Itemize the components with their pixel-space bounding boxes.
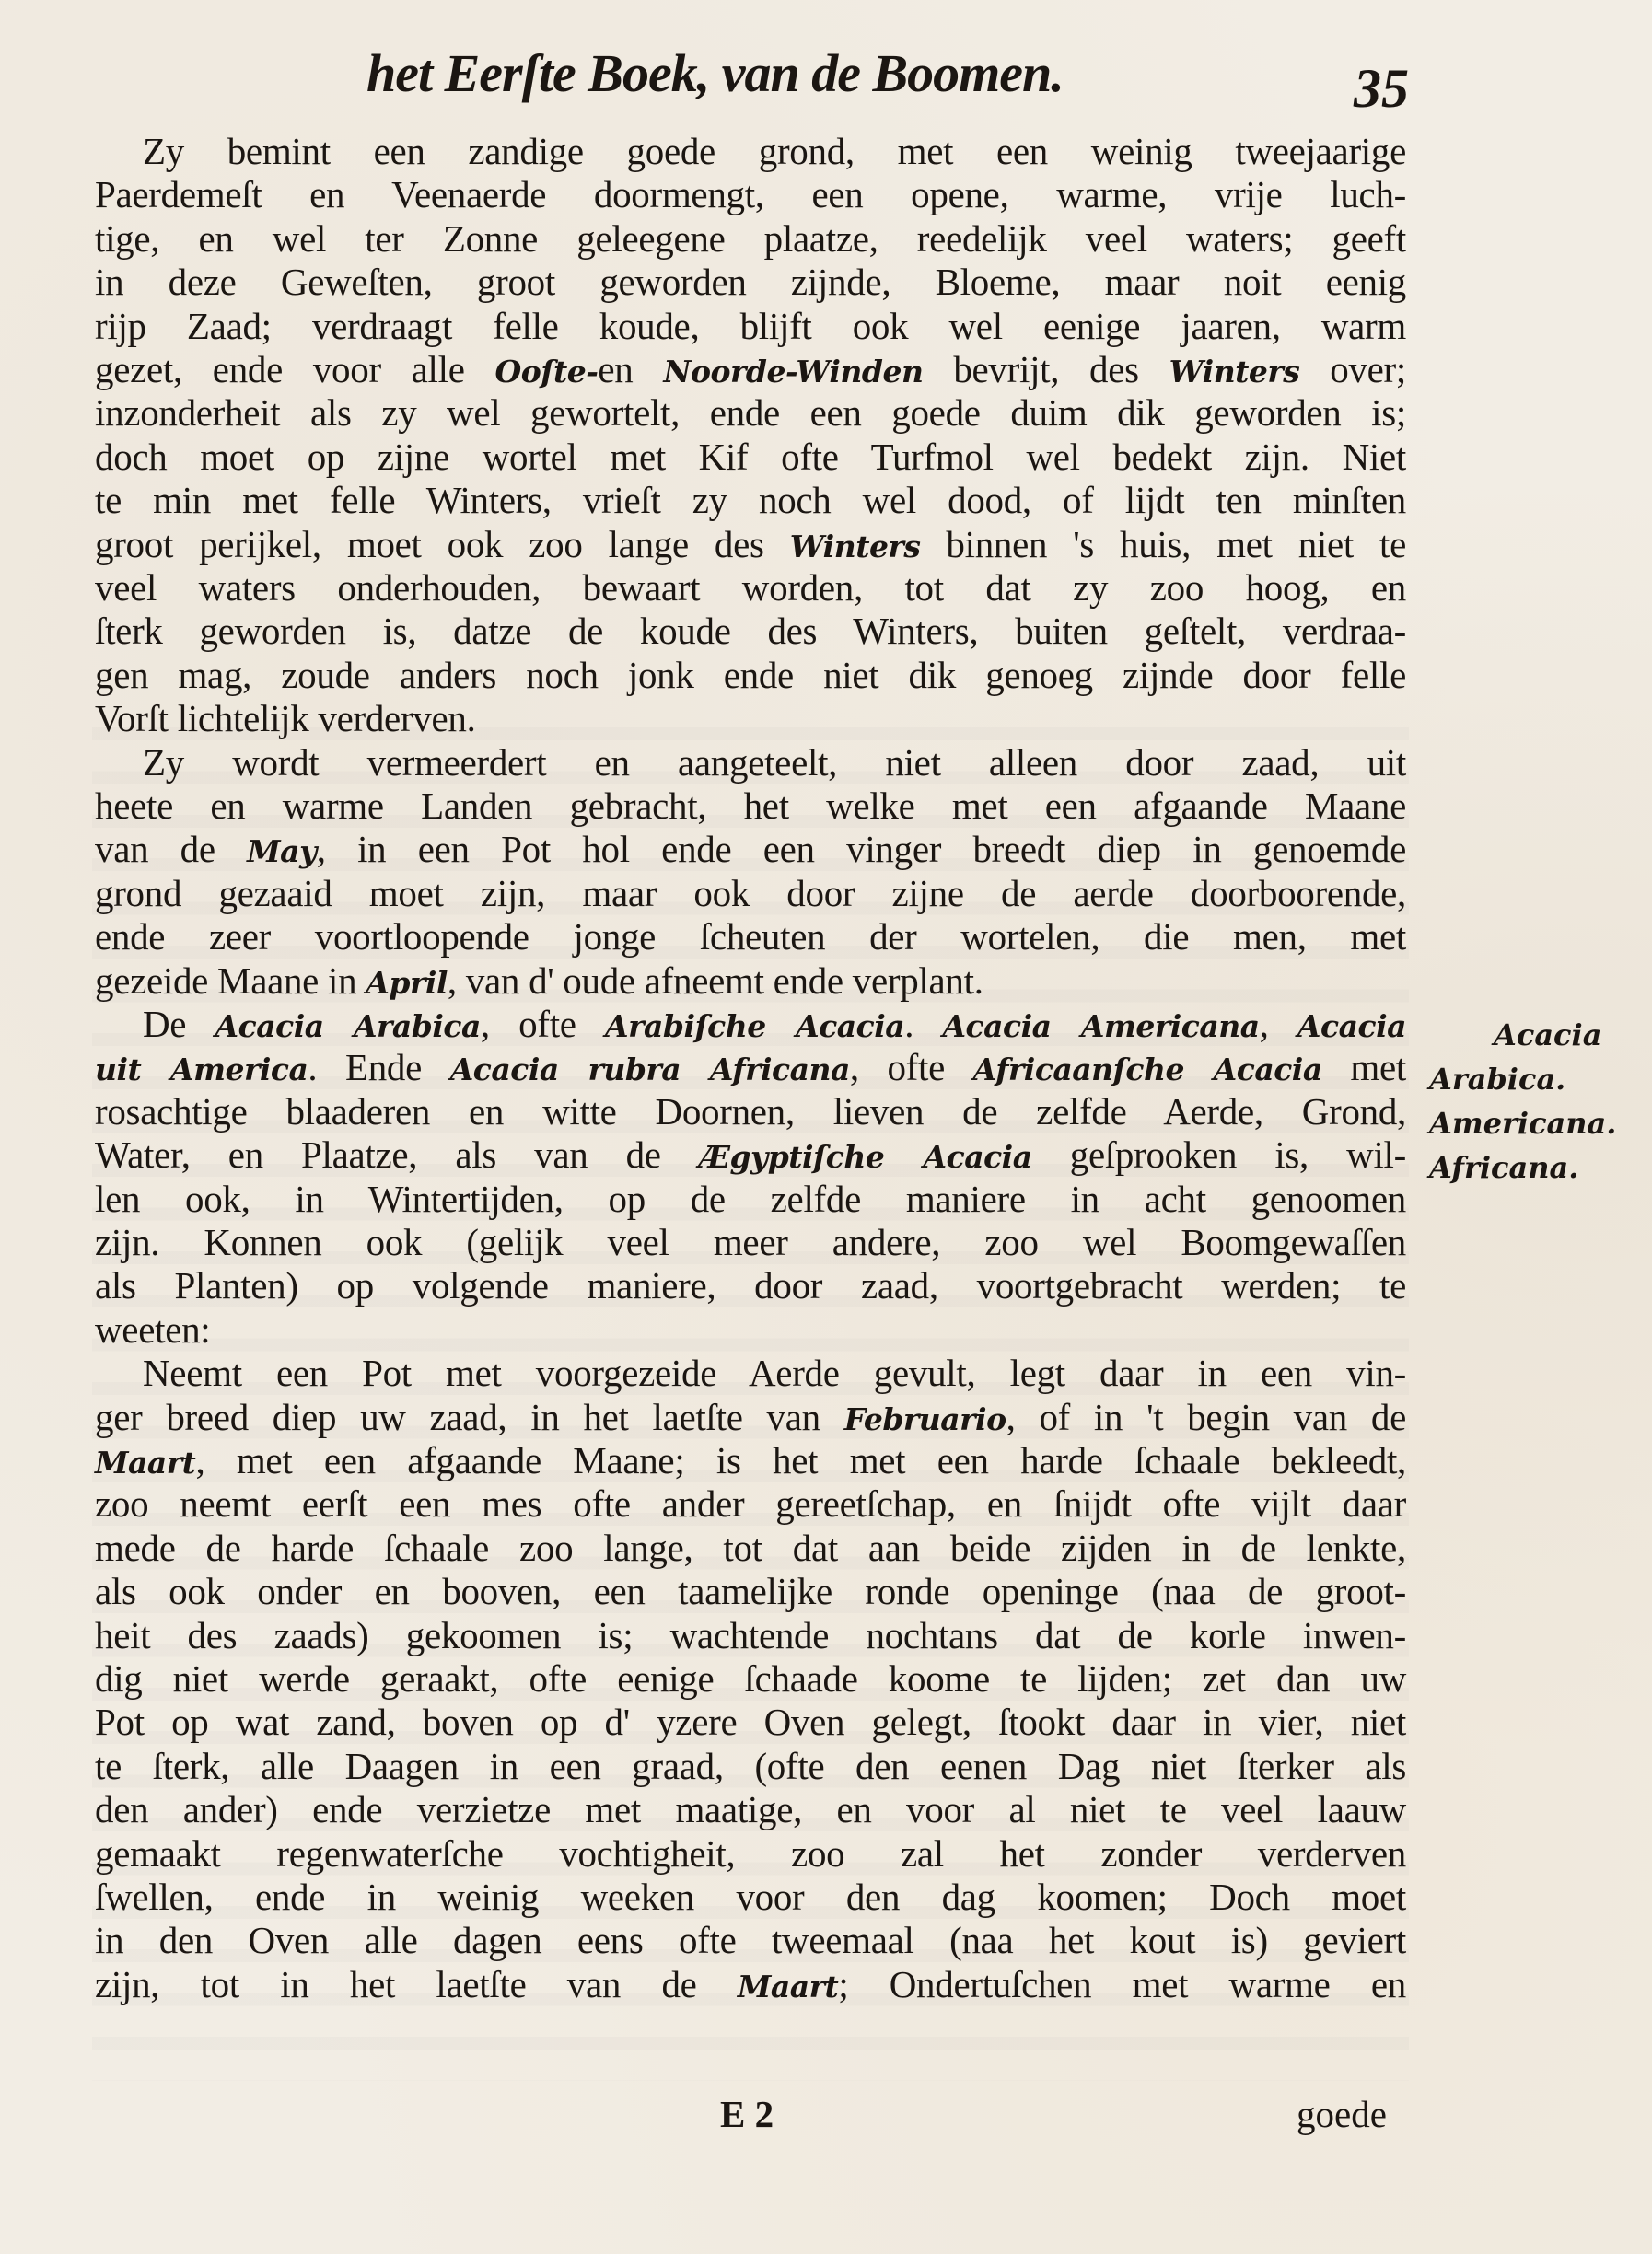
margin-note-line: Africana.	[1429, 1145, 1578, 1190]
page-number: 35	[1354, 52, 1409, 125]
text-line: heete en warme Landen gebracht, het welk…	[95, 784, 1406, 828]
margin-note-line: Americana.	[1429, 1101, 1616, 1145]
text-line: van de May, in een Pot hol ende een ving…	[95, 827, 1406, 871]
text-line: len ook, in Wintertijden, op de zelfde m…	[95, 1177, 1406, 1221]
text-line: te min met felle Winters, vrieſt zy noch…	[95, 478, 1406, 522]
text-line: veel waters onderhouden, bewaart worden,…	[95, 565, 1406, 610]
text-line: Neemt een Pot met voorgezeide Aerde gevu…	[143, 1351, 1406, 1395]
text-line: zijn. Konnen ook (gelijk veel meer ander…	[95, 1220, 1406, 1264]
text-line: ſterk geworden is, datze de koude des Wi…	[95, 609, 1406, 653]
text-line: ſwellen, ende in weinig weeken voor den …	[95, 1875, 1406, 1919]
text-line: Zy wordt vermeerdert en aangeteelt, niet…	[143, 740, 1406, 784]
text-line: Paerdemeſt en Veenaerde doormengt, een o…	[95, 172, 1406, 216]
text-line: als Planten) op volgende maniere, door z…	[95, 1263, 1406, 1307]
text-line: zijn, tot in het laetſte van de Maart; O…	[95, 1962, 1406, 2006]
text-line: gezet, ende voor alle Ooſte-en Noorde-Wi…	[95, 347, 1406, 391]
text-line: gemaakt regenwaterſche vochtigheit, zoo …	[95, 1831, 1406, 1876]
text-line: in deze Geweſten, groot geworden zijnde,…	[95, 260, 1406, 304]
text-line: heit des zaads) gekoomen is; wachtende n…	[95, 1613, 1406, 1657]
text-line: gen mag, zoude anders noch jonk ende nie…	[95, 653, 1406, 697]
text-line: Zy bemint een zandige goede grond, met e…	[143, 129, 1406, 173]
text-line: doch moet op zijne wortel met Kif ofte T…	[95, 435, 1406, 479]
text-line: rijp Zaad; verdraagt felle koude, blijft…	[95, 304, 1406, 348]
margin-note-line: Arabica.	[1429, 1057, 1565, 1101]
text-line: groot perijkel, moet ook zoo lange des W…	[95, 522, 1406, 566]
catchword: goede	[1297, 2092, 1387, 2136]
text-line: in den Oven alle dagen eens ofte tweemaa…	[95, 1918, 1406, 1962]
text-line: mede de harde ſchaale zoo lange, tot dat…	[95, 1526, 1406, 1570]
text-line: Water, en Plaatze, als van de Ægyptiſche…	[95, 1133, 1406, 1177]
text-line: Pot op wat zand, boven op d' yzere Oven …	[95, 1700, 1406, 1744]
text-line: gezeide Maane in April, van d' oude afne…	[95, 959, 1406, 1003]
text-line: te ſterk, alle Daagen in een graad, (oft…	[95, 1744, 1406, 1788]
running-head: het Eerſte Boek, van de Boomen.	[366, 37, 1195, 110]
margin-note-line: Acacia	[1494, 1013, 1601, 1057]
text-line: inzonderheit als zy wel gewortelt, ende …	[95, 390, 1406, 435]
text-line: dig niet werde geraakt, ofte eenige ſcha…	[95, 1656, 1406, 1701]
text-line: uit America. Ende Acacia rubra Africana,…	[95, 1045, 1406, 1089]
text-line: Maart, met een afgaande Maane; is het me…	[95, 1438, 1406, 1482]
text-line: tige, en wel ter Zonne geleegene plaatze…	[95, 216, 1406, 261]
text-line: ger breed diep uw zaad, in het laetſte v…	[95, 1395, 1406, 1439]
text-line: rosachtige blaaderen en witte Doornen, l…	[95, 1089, 1406, 1133]
text-line: zoo neemt eerſt een mes ofte ander geree…	[95, 1481, 1406, 1526]
text-line: weeten:	[95, 1307, 1406, 1352]
text-line: als ook onder en booven, een taamelijke …	[95, 1569, 1406, 1613]
text-line: ende zeer voortloopende jonge ſcheuten d…	[95, 914, 1406, 959]
text-line: De Acacia Arabica, ofte Arabiſche Acacia…	[143, 1002, 1406, 1046]
signature-mark: E 2	[720, 2092, 774, 2136]
text-line: Vorſt lichtelijk verderven.	[95, 696, 1406, 740]
text-line: den ander) ende verzietze met maatige, e…	[95, 1787, 1406, 1831]
book-page: het Eerſte Boek, van de Boomen. 35 Zy be…	[0, 0, 1652, 2254]
text-line: grond gezaaid moet zijn, maar ook door z…	[95, 871, 1406, 915]
